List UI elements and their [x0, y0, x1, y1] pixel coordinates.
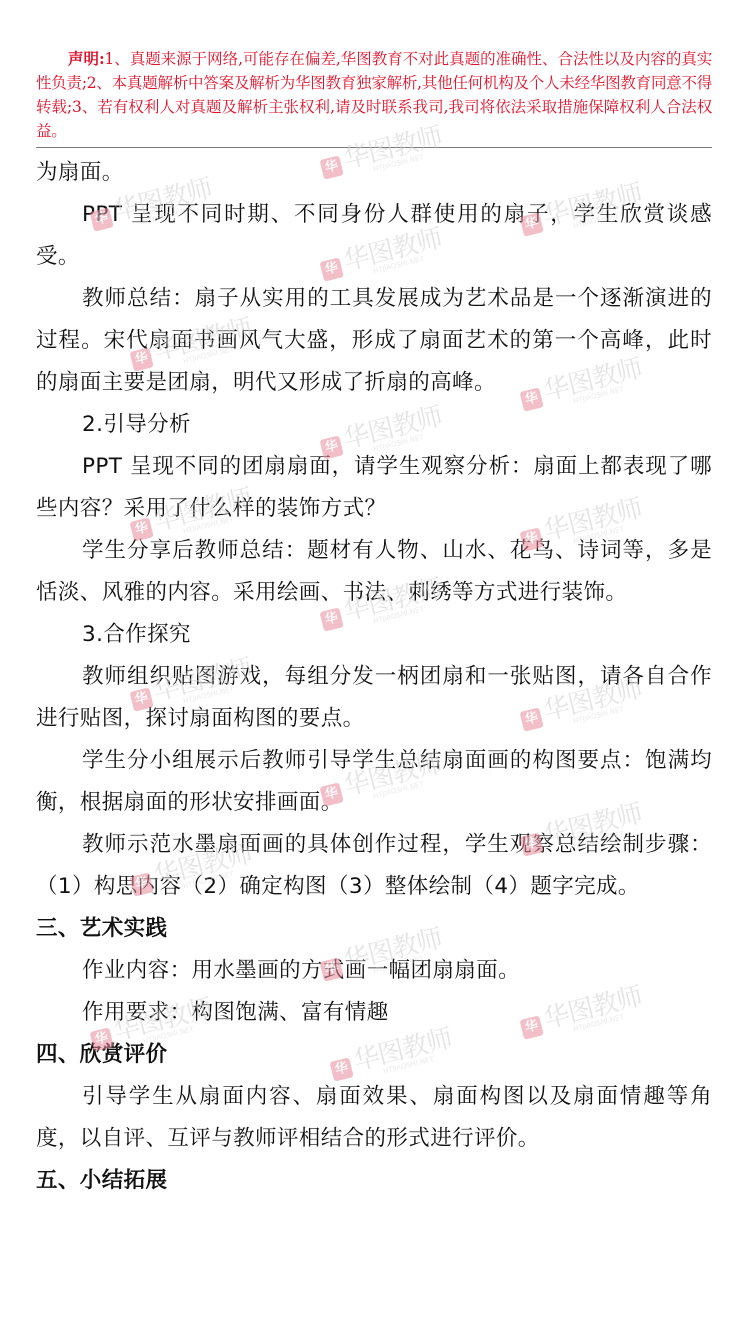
- paragraph-student-share-summary: 学生分享后教师总结：题材有人物、山水、花鸟、诗词等，多是恬淡、风雅的内容。采用绘…: [36, 530, 712, 614]
- paragraph-continued: 为扇面。: [36, 152, 712, 194]
- paragraph-sticker-game: 教师组织贴图游戏，每组分发一柄团扇和一张贴图，请各自合作进行贴图，探讨扇面构图的…: [36, 656, 712, 740]
- subheading-guided-analysis: 2.引导分析: [36, 404, 712, 446]
- paragraph-teacher-summary-history: 教师总结：扇子从实用的工具发展成为艺术品是一个逐渐演进的过程。宋代扇面书画风气大…: [36, 278, 712, 404]
- paragraph-homework-requirements: 作用要求：构图饱满、富有情趣: [36, 992, 712, 1034]
- paragraph-evaluation: 引导学生从扇面内容、扇面效果、扇面构图以及扇面情趣等角度，以自评、互评与教师评相…: [36, 1076, 712, 1160]
- paragraph-ppt-round-fans: PPT 呈现不同的团扇扇面，请学生观察分析：扇面上都表现了哪些内容？采用了什么样…: [36, 446, 712, 530]
- lesson-content: 为扇面。 PPT 呈现不同时期、不同身份人群使用的扇子，学生欣赏谈感受。 教师总…: [36, 152, 712, 1202]
- heading-appreciation-evaluation: 四、欣赏评价: [36, 1034, 712, 1076]
- disclaimer-notice: 声明:1、真题来源于网络,可能存在偏差,华图教育不对此真题的准确性、合法性以及内…: [36, 47, 712, 148]
- subheading-cooperative-inquiry: 3.合作探究: [36, 614, 712, 656]
- heading-art-practice: 三、艺术实践: [36, 908, 712, 950]
- document-page: 声明:1、真题来源于网络,可能存在偏差,华图教育不对此真题的准确性、合法性以及内…: [0, 0, 748, 1335]
- disclaimer-text: 1、真题来源于网络,可能存在偏差,华图教育不对此真题的准确性、合法性以及内容的真…: [36, 50, 712, 140]
- paragraph-ppt-fans: PPT 呈现不同时期、不同身份人群使用的扇子，学生欣赏谈感受。: [36, 194, 712, 278]
- heading-summary-extension: 五、小结拓展: [36, 1160, 712, 1202]
- paragraph-composition-points: 学生分小组展示后教师引导学生总结扇面画的构图要点：饱满均衡，根据扇面的形状安排画…: [36, 740, 712, 824]
- disclaimer-lead: 声明:: [68, 49, 104, 68]
- paragraph-demo-steps: 教师示范水墨扇面画的具体创作过程，学生观察总结绘制步骤：（1）构思内容（2）确定…: [36, 824, 712, 908]
- paragraph-homework-content: 作业内容：用水墨画的方式画一幅团扇扇面。: [36, 950, 712, 992]
